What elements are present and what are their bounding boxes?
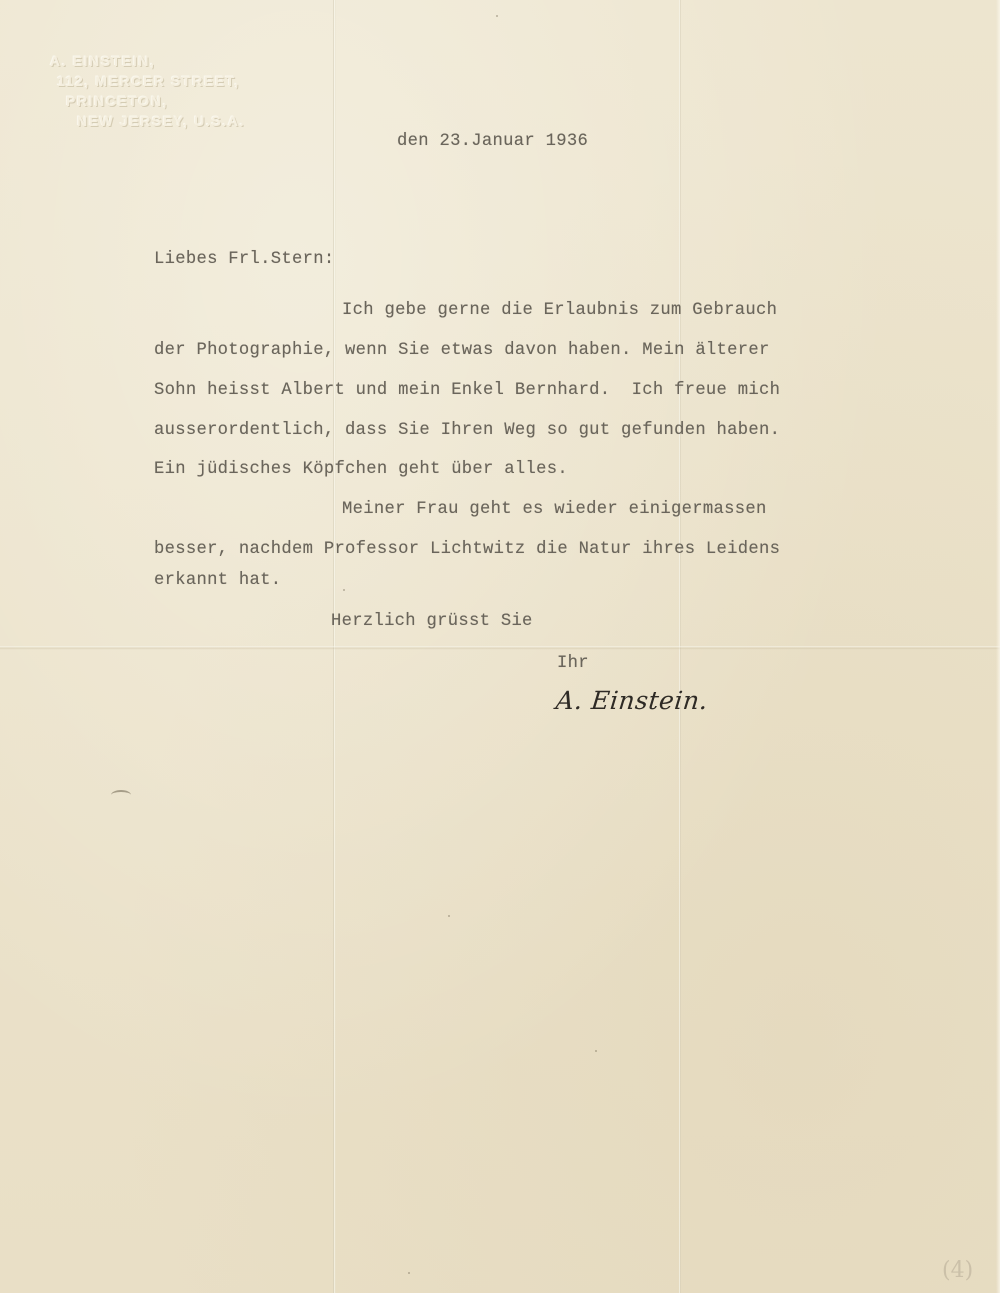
paper-speck xyxy=(595,1050,597,1052)
closing: Herzlich grüsst Sie xyxy=(331,612,533,631)
paper-speck xyxy=(343,589,345,591)
letter-date: den 23.Januar 1936 xyxy=(397,132,588,151)
body-line: Ich gebe gerne die Erlaubnis zum Gebrauc… xyxy=(342,301,777,320)
body-line: erkannt hat. xyxy=(154,571,281,590)
pencil-annotation: (4) xyxy=(942,1258,973,1283)
letterhead-state-country: NEW JERSEY, U.S.A. xyxy=(77,112,245,132)
body-line: besser, nachdem Professor Lichtwitz die … xyxy=(154,540,780,559)
paper-speck xyxy=(496,15,498,17)
salutation: Liebes Frl.Stern: xyxy=(154,250,334,269)
ink-smudge xyxy=(111,790,131,800)
body-line: ausserordentlich, dass Sie Ihren Weg so … xyxy=(154,421,780,440)
body-line: Sohn heisst Albert und mein Enkel Bernha… xyxy=(154,381,780,400)
body-line: der Photographie, wenn Sie etwas davon h… xyxy=(154,341,770,360)
body-line: Ein jüdisches Köpfchen geht über alles. xyxy=(154,460,568,479)
paper-speck xyxy=(448,915,450,917)
paper-speck xyxy=(408,1272,410,1274)
body-line: Meiner Frau geht es wieder einigermassen xyxy=(342,500,767,519)
handwritten-signature: A. Einstein. xyxy=(554,686,709,715)
paper-edge xyxy=(996,0,1000,1293)
letterhead-name: A. EINSTEIN, xyxy=(50,52,156,72)
valediction: Ihr xyxy=(557,654,589,673)
letter-page: A. EINSTEIN, 112, MERCER STREET, PRINCET… xyxy=(0,0,1000,1293)
horizontal-fold-line xyxy=(0,646,1000,650)
letterhead-street: 112, MERCER STREET, xyxy=(57,72,240,92)
letterhead-city: PRINCETON, xyxy=(66,92,168,112)
